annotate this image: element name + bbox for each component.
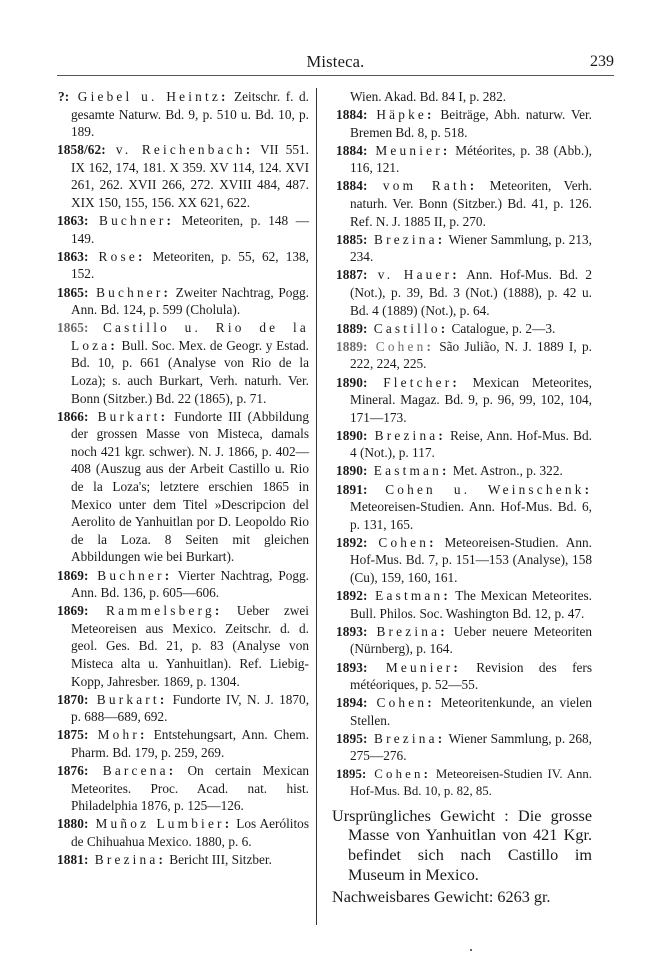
author: Barcena [103, 763, 169, 778]
bibliography-entry: 1866: Burkart: Fundorte III (Abbildung d… [57, 408, 309, 566]
author: Meunier [375, 143, 442, 158]
bibliography-entry: 1875: Mohr: Entstehungsart, Ann. Chem. P… [57, 726, 309, 761]
author: Eastman [375, 588, 443, 603]
bibliography-entry: 1870: Burkart: Fundorte IV, N. J. 1870, … [57, 691, 309, 726]
bibliography-entry: 1890: Brezina: Reise, Ann. Hof-Mus. Bd. … [336, 427, 592, 462]
author: Cohen [376, 339, 427, 354]
author: Giebel u. Heintz [78, 89, 221, 104]
bibliography-entry: 1894: Cohen: Meteoritenkunde, an vielen … [336, 694, 592, 729]
bibliography-entry: 1884: vom Rath: Meteoriten, Verh. naturh… [336, 177, 592, 230]
bibliography-entry: 1876: Barcena: On certain Mexican Meteor… [57, 762, 309, 815]
bibliography-entry: 1892: Eastman: The Mexican Meteorites. B… [336, 587, 592, 622]
bibliography-entry: 1890: Eastman: Met. Astron., p. 322. [336, 462, 592, 480]
author: Eastman [374, 463, 442, 478]
bibliography-entry: 1865: Buchner: Zweiter Nachtrag, Pogg. A… [57, 284, 309, 319]
bibliography-entry: 1889: Castillo: Catalogue, p. 2—3. [336, 320, 592, 338]
author: Muñoz Lumbier [96, 816, 225, 831]
verifiable-weight-note: Nachweisbares Gewicht: 6263 gr. [332, 888, 592, 908]
bibliography-entry: 1869: Rammelsberg: Ueber zwei Meteoreise… [57, 602, 309, 690]
author: Brezina [374, 731, 438, 746]
author: Cohen [378, 535, 429, 550]
bibliography-entry: 1893: Brezina: Ueber neuere Meteoriten (… [336, 623, 592, 658]
author: Rose [99, 249, 138, 264]
bibliography-entry: 1893: Meunier: Revision des fers météori… [336, 659, 592, 694]
author: Castillo [374, 321, 441, 336]
original-weight-note: Ursprüngliches Gewicht : Die grosse Mass… [332, 807, 592, 885]
page-number: 239 [590, 53, 614, 71]
note-label: Nachweisbares Gewicht [332, 888, 489, 906]
bibliography-continuation: Wien. Akad. Bd. 84 I, p. 282. [336, 88, 592, 106]
author: v. Hauer [378, 267, 453, 282]
bibliography-entry: 1890: Fletcher: Mexican Meteorites, Mine… [336, 374, 592, 427]
bibliography-entry: 1889: Cohen: São Julião, N. J. 1889 I, p… [336, 338, 592, 373]
bibliography-entry: 1892: Cohen: Meteoreisen-Studien. Ann. H… [336, 534, 592, 587]
bibliography-entry: 1863: Buchner: Meteoriten, p. 148 —149. [57, 212, 309, 247]
author: Burkart [98, 409, 161, 424]
author: Cohen [374, 767, 423, 781]
bibliography-entry: 1885: Brezina: Wiener Sammlung, p. 213, … [336, 231, 592, 266]
right-column: Wien. Akad. Bd. 84 I, p. 282. 1884: Häpk… [336, 88, 592, 908]
bibliography-entry: 1881: Brezina: Bericht III, Sitzber. [57, 851, 309, 869]
bibliography-entry: ?: Giebel u. Heintz: Zeitschr. f. d. ges… [57, 88, 309, 141]
author: Brezina [375, 428, 439, 443]
author: Meunier [386, 660, 453, 675]
author: Cohen u. Weinschenk [385, 482, 584, 497]
bibliography-entry: 1880: Muñoz Lumbier: Los Aerólitos de Ch… [57, 815, 309, 850]
author: Mohr [98, 727, 140, 742]
printer-mark [470, 949, 472, 951]
author: Brezina [95, 852, 159, 867]
author: Rammelsberg [106, 603, 215, 618]
bibliography-entry: 1887: v. Hauer: Ann. Hof-Mus. Bd. 2 (Not… [336, 266, 592, 319]
author: Brezina [376, 624, 440, 639]
bibliography-entry: 1869: Buchner: Vierter Nachtrag, Pogg. A… [57, 567, 309, 602]
bibliography-entry: 1884: Häpke: Beiträge, Abh. naturw. Ver.… [336, 106, 592, 141]
bibliography-entry: 1895: Brezina: Wiener Sammlung, p. 268, … [336, 730, 592, 765]
running-title: Misteca. [57, 52, 614, 72]
author: Burkart [97, 692, 160, 707]
author: Fletcher [383, 375, 452, 390]
bibliography-entry: 1891: Cohen u. Weinschenk: Meteoreisen-S… [336, 481, 592, 534]
author: Brezina [374, 232, 438, 247]
page-header: Misteca. 239 [57, 52, 614, 74]
bibliography-entry: 1863: Rose: Meteoriten, p. 55, 62, 138, … [57, 248, 309, 283]
author: v. Reichenbach [116, 142, 246, 157]
author: Buchner [99, 213, 166, 228]
author: vom Rath [383, 178, 470, 193]
author: Buchner [97, 568, 164, 583]
bibliography-entry: 1858/62: v. Reichenbach: VII 551. IX 162… [57, 141, 309, 211]
column-divider [316, 88, 317, 925]
author: Cohen [377, 695, 428, 710]
note-label: Ursprüngliches Gewicht [332, 807, 495, 825]
header-rule [57, 75, 614, 76]
bibliography-entry: 1895: Cohen: Meteoreisen-Studien IV. Ann… [336, 766, 592, 801]
author: Buchner [96, 285, 163, 300]
bibliography-entry: 1884: Meunier: Météorites, p. 38 (Abb.),… [336, 142, 592, 177]
bibliography-entry: 1865: Castillo u. Rio de la Loza: Bull. … [57, 319, 309, 407]
author: Häpke [376, 107, 427, 122]
left-column: ?: Giebel u. Heintz: Zeitschr. f. d. ges… [57, 88, 309, 869]
